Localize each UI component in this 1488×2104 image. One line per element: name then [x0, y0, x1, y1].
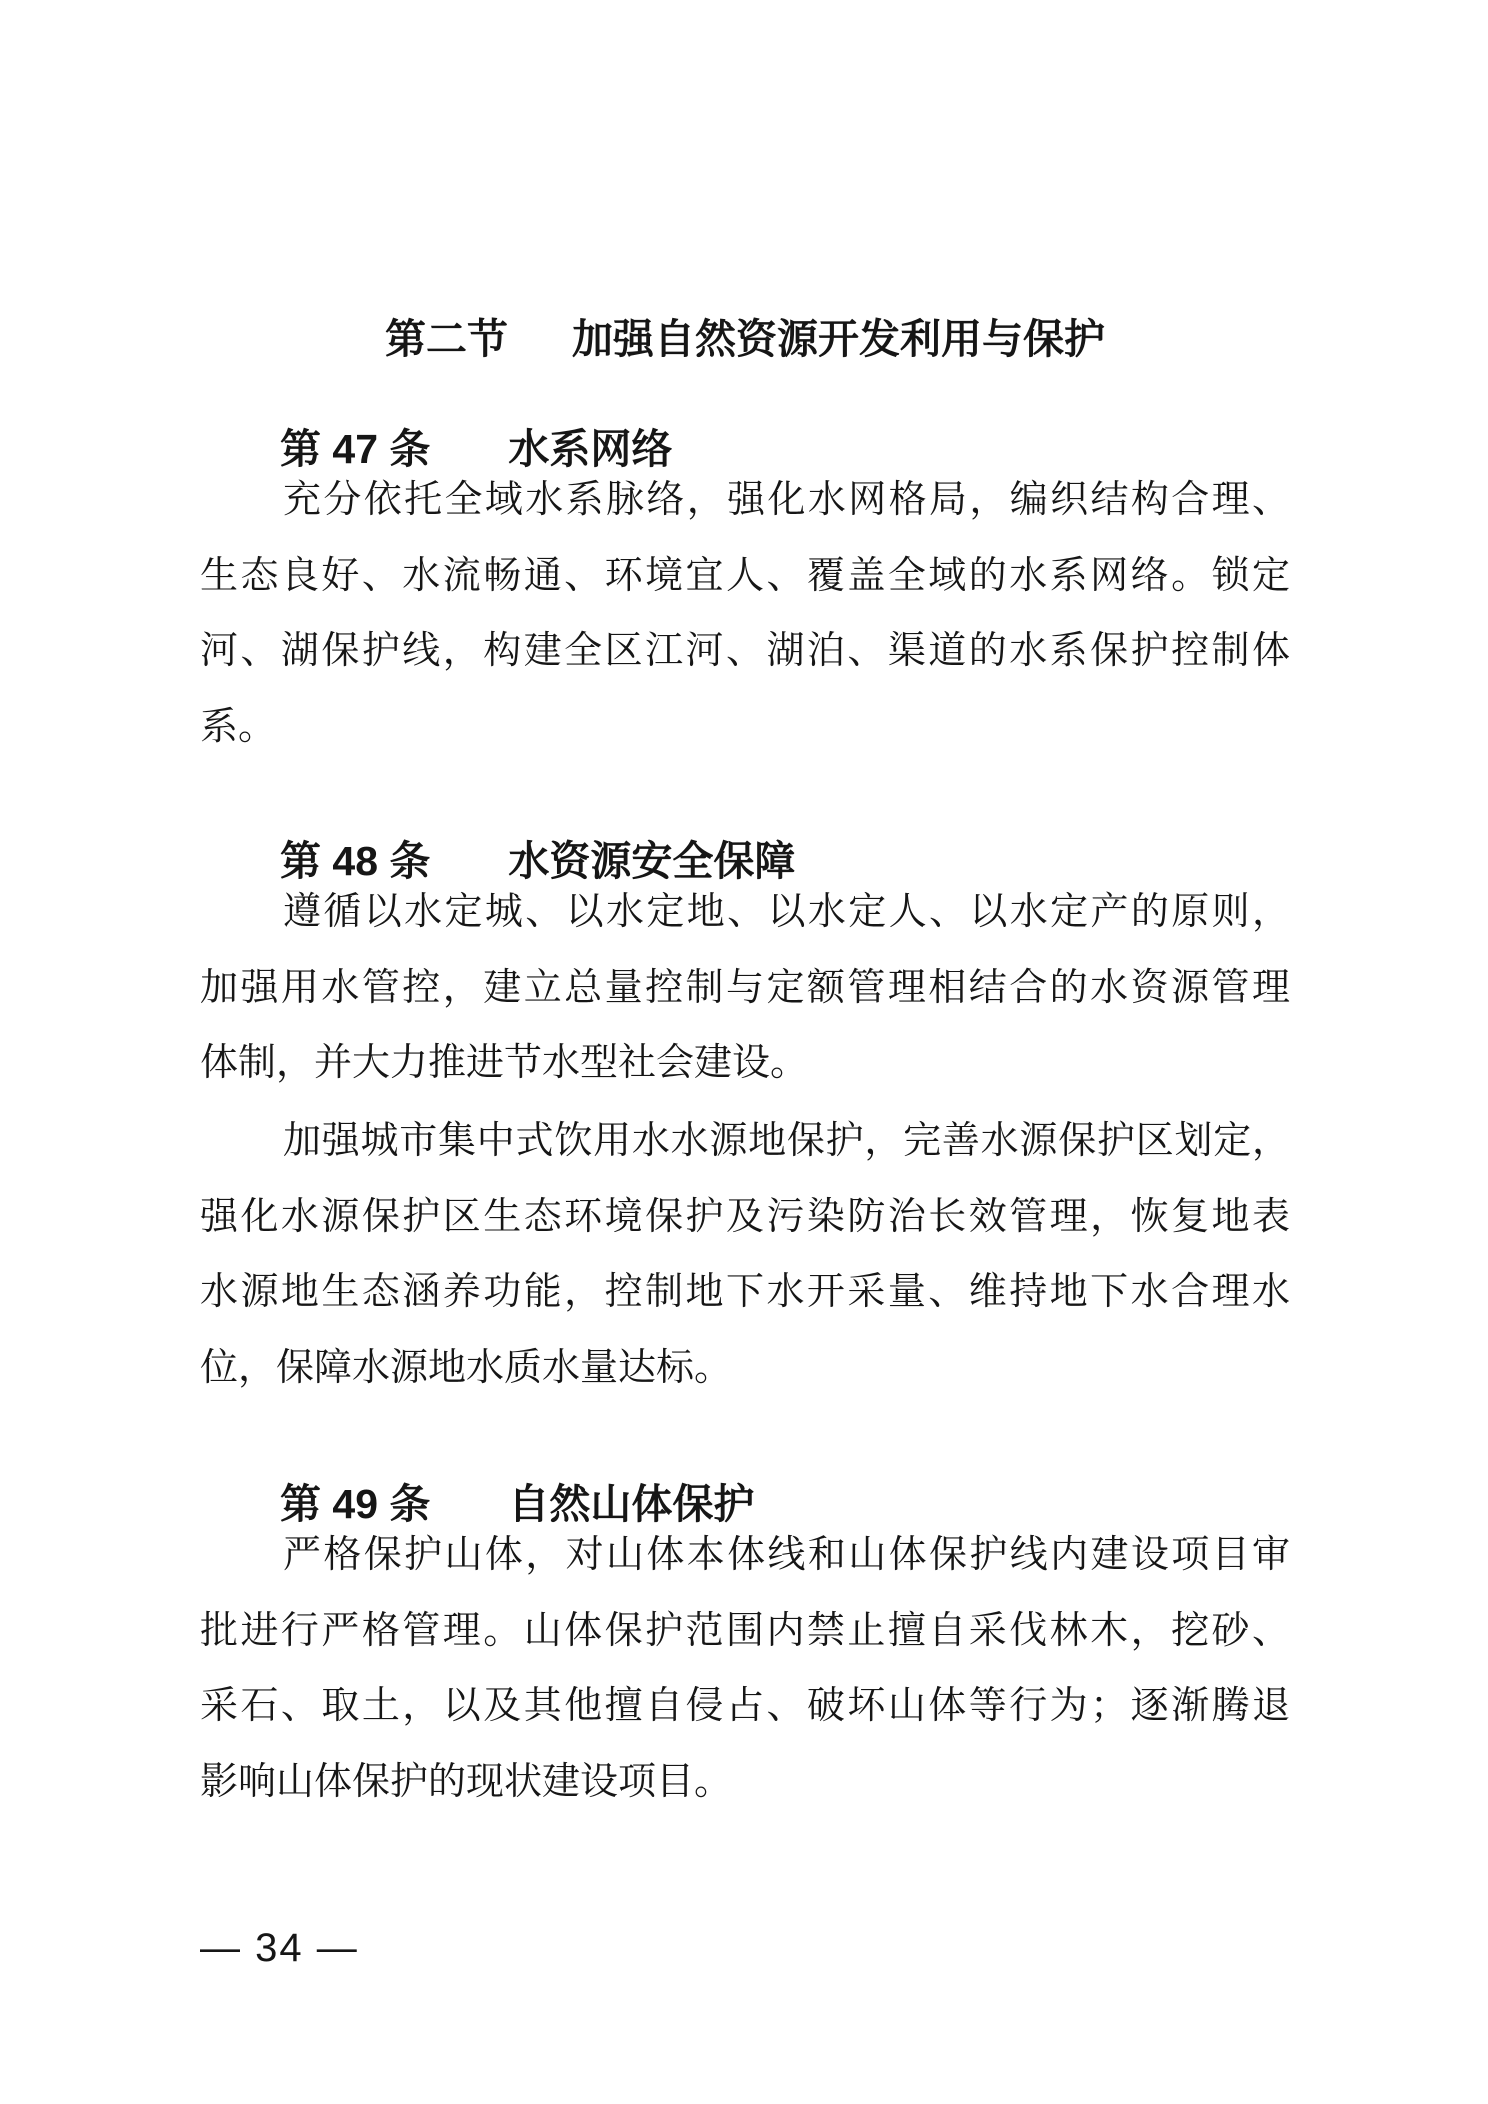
section-number: 第二节	[385, 316, 508, 362]
text-line: 河、湖保护线，构建全区江河、湖泊、渠道的水系保护控制体	[200, 614, 1290, 690]
text-line: 加强用水管控，建立总量控制与定额管理相结合的水资源管理	[200, 951, 1290, 1027]
text-line: 充分依托全域水系脉络，强化水网格局，编织结构合理、	[200, 463, 1290, 539]
text-line: 系。	[200, 690, 1290, 766]
section-title: 加强自然资源开发利用与保护	[572, 316, 1105, 362]
text-line: 加强城市集中式饮用水水源地保护，完善水源保护区划定，	[200, 1104, 1290, 1180]
text-line: 强化水源保护区生态环境保护及污染防治长效管理，恢复地表	[200, 1180, 1290, 1256]
text-line: 影响山体保护的现状建设项目。	[200, 1745, 1290, 1821]
paragraph-water-network: 充分依托全域水系脉络，强化水网格局，编织结构合理、 生态良好、水流畅通、环境宜人…	[200, 463, 1290, 765]
section-heading: 第二节加强自然资源开发利用与保护	[200, 315, 1290, 363]
paragraph-water-resource-2: 加强城市集中式饮用水水源地保护，完善水源保护区划定， 强化水源保护区生态环境保护…	[200, 1104, 1290, 1406]
text-line: 位，保障水源地水质水量达标。	[200, 1331, 1290, 1407]
text-line: 遵循以水定城、以水定地、以水定人、以水定产的原则，	[200, 875, 1290, 951]
document-page: 第二节加强自然资源开发利用与保护 第 47 条水系网络 充分依托全域水系脉络，强…	[0, 0, 1488, 2104]
text-line: 体制，并大力推进节水型社会建设。	[200, 1026, 1290, 1102]
page-number: — 34 —	[200, 1926, 359, 1970]
paragraph-water-resource-1: 遵循以水定城、以水定地、以水定人、以水定产的原则， 加强用水管控，建立总量控制与…	[200, 875, 1290, 1102]
text-line: 生态良好、水流畅通、环境宜人、覆盖全域的水系网络。锁定	[200, 539, 1290, 615]
text-line: 批进行严格管理。山体保护范围内禁止擅自采伐林木，挖砂、	[200, 1594, 1290, 1670]
paragraph-mountain-protection: 严格保护山体，对山体本体线和山体保护线内建设项目审 批进行严格管理。山体保护范围…	[200, 1518, 1290, 1820]
text-line: 水源地生态涵养功能，控制地下水开采量、维持地下水合理水	[200, 1255, 1290, 1331]
text-line: 采石、取土，以及其他擅自侵占、破坏山体等行为；逐渐腾退	[200, 1669, 1290, 1745]
text-line: 严格保护山体，对山体本体线和山体保护线内建设项目审	[200, 1518, 1290, 1594]
text-column: 第二节加强自然资源开发利用与保护 第 47 条水系网络 充分依托全域水系脉络，强…	[200, 0, 1290, 2104]
